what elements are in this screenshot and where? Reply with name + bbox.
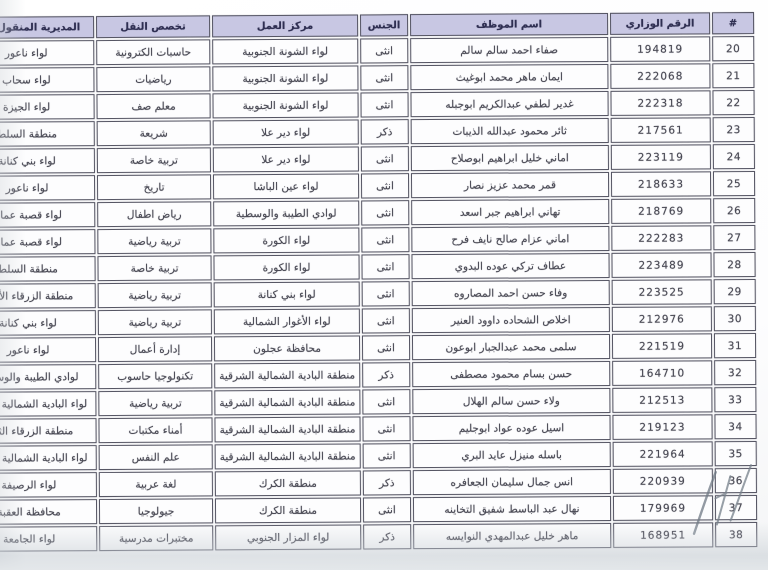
cell-work-center: لوادي الطيبة والوسطية [213, 200, 359, 226]
cell-work-center: منطقة البادية الشمالية الشرقية [214, 389, 360, 415]
cell-employee-name: ثائر محمود عبدالله الذيبات [411, 118, 609, 144]
cell-employee-name: سلمى محمد عبدالجبار ابوعون [412, 334, 610, 360]
table-row: 30 212976 اخلاص الشحاده داوود العنير انث… [0, 306, 756, 336]
cell-work-center: منطقة البادية الشمالية الشرقية [214, 362, 360, 388]
table-row: 25 218633 قمر محمد عزيز نصار انثى لواء ع… [0, 171, 755, 201]
cell-ministry-number: 223489 [611, 252, 711, 278]
cell-row-number: 32 [714, 360, 756, 385]
cell-employee-name: نهال عبد الباسط شفيق التخاينه [413, 496, 611, 522]
cell-ministry-number: 218633 [611, 171, 711, 197]
scanned-document-page: # الرقم الوزاري اسم الموظف الجنس مركز ال… [0, 0, 768, 570]
cell-ministry-number: 218769 [611, 198, 711, 224]
cell-row-number: 28 [713, 252, 755, 277]
document-sheet: # الرقم الوزاري اسم الموظف الجنس مركز ال… [0, 10, 759, 554]
table-row: 29 223525 وفاء حسن احمد المصاروه انثى لو… [0, 279, 756, 309]
cell-directorate-transferred-to: لواء قصبة عمان [0, 229, 96, 255]
cell-work-center: محافظة عجلون [214, 335, 360, 361]
cell-gender: انثى [361, 146, 409, 171]
cell-row-number: 27 [713, 225, 755, 250]
cell-transfer-specialty: تربية خاصة [97, 147, 211, 173]
cell-ministry-number: 222068 [610, 63, 710, 89]
cell-gender: انثى [360, 92, 408, 117]
cell-gender: انثى [363, 497, 411, 522]
cell-employee-name: قمر محمد عزيز نصار [411, 172, 609, 198]
header-employee-name: اسم الموظف [410, 13, 608, 36]
cell-work-center: منطقة البادية الشمالية الشرقية [215, 416, 361, 442]
cell-row-number: 22 [712, 90, 754, 115]
cell-work-center: لواء عين الباشا [213, 173, 359, 199]
cell-directorate-transferred-to: لواء ناعور [0, 337, 96, 363]
cell-directorate-transferred-to: منطقة الزرقاء الثانية [0, 418, 97, 444]
cell-work-center: لواء الشونة الجنوبية [213, 92, 359, 118]
cell-gender: ذكر [362, 362, 410, 387]
cell-row-number: 34 [714, 414, 756, 439]
cell-employee-name: تهاني ابراهيم جبر اسعد [411, 199, 609, 225]
cell-ministry-number: 212976 [612, 306, 712, 332]
cell-employee-name: اماني خليل ابراهيم ابوصلاح [411, 145, 609, 171]
cell-work-center: منطقة البادية الشمالية الشرقية [215, 443, 361, 469]
cell-gender: انثى [362, 335, 410, 360]
cell-employee-name: وفاء حسن احمد المصاروه [412, 280, 610, 306]
table-row: 26 218769 تهاني ابراهيم جبر اسعد انثى لو… [0, 198, 755, 228]
cell-work-center: لواء المزار الجنوبي [215, 524, 361, 550]
table-header: # الرقم الوزاري اسم الموظف الجنس مركز ال… [0, 12, 754, 39]
header-row: # الرقم الوزاري اسم الموظف الجنس مركز ال… [0, 12, 754, 39]
cell-gender: انثى [362, 308, 410, 333]
cell-employee-name: حسن بسام محمود مصطفى [412, 361, 610, 387]
cell-ministry-number: 219123 [612, 414, 712, 440]
cell-directorate-transferred-to: منطقة الزرقاء الأولى [0, 283, 96, 309]
cell-work-center: لواء الشونة الجنوبية [212, 65, 358, 91]
table-row: 24 223119 اماني خليل ابراهيم ابوصلاح انث… [0, 144, 755, 174]
cell-row-number: 25 [713, 171, 755, 196]
cell-directorate-transferred-to: لواء بني كنانة [0, 310, 96, 336]
cell-ministry-number: 221964 [613, 441, 713, 467]
cell-row-number: 26 [713, 198, 755, 223]
cell-row-number: 21 [712, 63, 754, 88]
cell-work-center: لواء الكورة [214, 254, 360, 280]
cell-transfer-specialty: تربية رياضية [98, 282, 212, 308]
cell-directorate-transferred-to: لواء البادية الشمالية الغربية [0, 391, 97, 417]
header-gender: الجنس [360, 14, 408, 36]
table-row: 27 222283 اماني عزام صالح نايف فرح انثى … [0, 225, 755, 255]
header-directorate-transferred-to: المديرية المنقول اليها [0, 16, 94, 39]
cell-ministry-number: 221519 [612, 333, 712, 359]
cell-directorate-transferred-to: لواء سحاب [0, 67, 95, 93]
table-row: 32 164710 حسن بسام محمود مصطفى ذكر منطقة… [0, 360, 756, 390]
cell-directorate-transferred-to: محافظة العقبة [0, 499, 97, 525]
cell-employee-name: باسله منيزل عايد البري [413, 442, 611, 468]
cell-directorate-transferred-to: لواء البادية الشمالية الغربية [0, 445, 97, 471]
cell-gender: انثى [362, 416, 410, 441]
cell-directorate-transferred-to: لواء الجيزة [0, 94, 95, 120]
cell-gender: انثى [363, 443, 411, 468]
cell-ministry-number: 222283 [611, 225, 711, 251]
employee-transfer-table: # الرقم الوزاري اسم الموظف الجنس مركز ال… [0, 10, 759, 554]
cell-employee-name: ايمان ماهر محمد ابوغيث [410, 64, 608, 90]
cell-employee-name: غدير لطفي عبدالكريم ابوجبله [410, 91, 608, 117]
cell-gender: انثى [361, 173, 409, 198]
cell-ministry-number: 223525 [612, 279, 712, 305]
table-row: 35 221964 باسله منيزل عايد البري انثى من… [0, 441, 757, 471]
cell-transfer-specialty: تكنولوجيا حاسوب [98, 363, 212, 389]
cell-employee-name: ولاء حسن سالم الهلال [412, 388, 610, 414]
cell-transfer-specialty: تربية رياضية [98, 309, 212, 335]
cell-gender: ذكر [363, 524, 411, 549]
cell-directorate-transferred-to: منطقة السلط [0, 121, 95, 147]
cell-row-number: 31 [714, 333, 756, 358]
table-row: 23 217561 ثائر محمود عبدالله الذيبات ذكر… [0, 117, 755, 147]
cell-gender: انثى [362, 281, 410, 306]
cell-transfer-specialty: تربية خاصة [98, 255, 212, 281]
cell-ministry-number: 164710 [612, 360, 712, 386]
cell-ministry-number: 217561 [611, 117, 711, 143]
cell-employee-name: انس جمال سليمان الجعافره [413, 469, 611, 495]
cell-directorate-transferred-to: منطقة السلط [0, 256, 96, 282]
cell-transfer-specialty: شريعة [97, 120, 211, 146]
cell-transfer-specialty: إدارة أعمال [98, 336, 212, 362]
cell-gender: انثى [360, 65, 408, 90]
cell-work-center: منطقة الكرك [215, 470, 361, 496]
cell-row-number: 23 [713, 117, 755, 142]
header-row-number: # [712, 12, 754, 34]
cell-transfer-specialty: رياضيات [96, 66, 210, 92]
header-work-center: مركز العمل [212, 14, 358, 37]
cell-gender: ذكر [361, 119, 409, 144]
cell-transfer-specialty: تاريخ [97, 174, 211, 200]
cell-gender: انثى [362, 389, 410, 414]
cell-directorate-transferred-to: لواء قصبة عمان [0, 202, 95, 228]
cell-employee-name: صفاء احمد سالم سالم [410, 37, 608, 63]
cell-employee-name: اسيل عوده عواد ابوجليم [412, 415, 610, 441]
cell-gender: انثى [360, 38, 408, 63]
table-row: 20 194819 صفاء احمد سالم سالم انثى لواء … [0, 36, 754, 66]
cell-directorate-transferred-to: لواء الرصيفة [0, 472, 97, 498]
cell-directorate-transferred-to: لواء ناعور [0, 40, 94, 66]
cell-gender: انثى [361, 254, 409, 279]
cell-row-number: 24 [713, 144, 755, 169]
cell-ministry-number: 223119 [611, 144, 711, 170]
cell-transfer-specialty: رياض اطفال [97, 201, 211, 227]
cell-directorate-transferred-to: لواء ناعور [0, 175, 95, 201]
cell-work-center: لواء دير علا [213, 119, 359, 145]
cell-row-number: 29 [714, 279, 756, 304]
cell-row-number: 20 [712, 36, 754, 61]
cell-ministry-number: 212513 [612, 387, 712, 413]
cell-transfer-specialty: تربية رياضية [98, 390, 212, 416]
table-row: 31 221519 سلمى محمد عبدالجبار ابوعون انث… [0, 333, 756, 363]
cell-transfer-specialty: تربية رياضية [97, 228, 211, 254]
cell-gender: انثى [361, 200, 409, 225]
cell-transfer-specialty: أمناء مكتبات [99, 417, 213, 443]
cell-directorate-transferred-to: لوادي الطيبة والوسطية [0, 364, 96, 390]
table-row: 36 220939 انس جمال سليمان الجعافره ذكر م… [0, 468, 757, 498]
cell-transfer-specialty: لغة عربية [99, 471, 213, 497]
table-row: 21 222068 ايمان ماهر محمد ابوغيث انثى لو… [0, 63, 754, 93]
table-row: 37 179969 نهال عبد الباسط شفيق التخاينه … [0, 495, 757, 525]
table-row: 22 222318 غدير لطفي عبدالكريم ابوجبله ان… [0, 90, 755, 120]
cell-ministry-number: 194819 [610, 36, 710, 62]
cell-directorate-transferred-to: لواء بني كنانة [0, 148, 95, 174]
cell-row-number: 30 [714, 306, 756, 331]
table-row: 33 212513 ولاء حسن سالم الهلال انثى منطق… [0, 387, 756, 417]
cell-work-center: لواء دير علا [213, 146, 359, 172]
table-row: 34 219123 اسيل عوده عواد ابوجليم انثى من… [0, 414, 757, 444]
cell-directorate-transferred-to: لواء الجامعة [0, 526, 97, 552]
cell-transfer-specialty: علم النفس [99, 444, 213, 470]
cell-work-center: منطقة الكرك [215, 497, 361, 523]
cell-work-center: لواء الشونة الجنوبية [212, 38, 358, 64]
table-body: 20 194819 صفاء احمد سالم سالم انثى لواء … [0, 36, 757, 552]
cell-transfer-specialty: حاسبات الكترونية [96, 39, 210, 65]
cell-ministry-number: 222318 [610, 90, 710, 116]
cell-employee-name: اماني عزام صالح نايف فرح [411, 226, 609, 252]
cell-transfer-specialty: مختبرات مدرسية [99, 525, 213, 551]
cell-work-center: لواء الأغوار الشمالية [214, 308, 360, 334]
cell-employee-name: اخلاص الشحاده داوود العنير [412, 307, 610, 333]
header-ministry-number: الرقم الوزاري [610, 12, 710, 35]
table-row: 28 223489 عطاف تركي عوده البدوي انثى لوا… [0, 252, 756, 282]
cell-gender: ذكر [363, 470, 411, 495]
table-row: 38 168951 ماهر خليل عبدالمهدي النوايسه ذ… [0, 522, 757, 552]
cell-row-number: 33 [714, 387, 756, 412]
header-transfer-specialty: تخصص النقل [96, 15, 210, 38]
cell-transfer-specialty: جيولوجيا [99, 498, 213, 524]
handwritten-signature-icon [671, 458, 767, 547]
cell-work-center: لواء بني كنانة [214, 281, 360, 307]
cell-employee-name: عطاف تركي عوده البدوي [411, 253, 609, 279]
cell-transfer-specialty: معلم صف [97, 93, 211, 119]
cell-gender: انثى [361, 227, 409, 252]
cell-work-center: لواء الكورة [213, 227, 359, 253]
cell-employee-name: ماهر خليل عبدالمهدي النوايسه [413, 523, 611, 549]
